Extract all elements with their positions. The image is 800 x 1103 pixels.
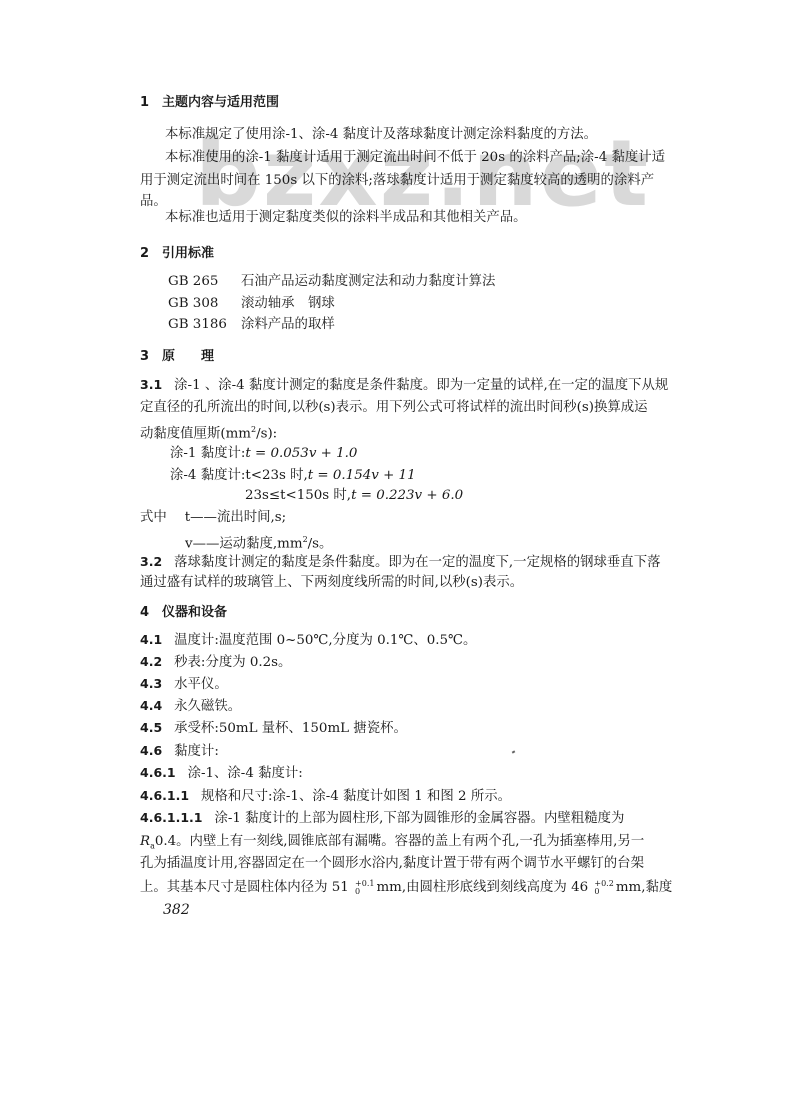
section-2-heading: 2引用标准 <box>140 244 214 264</box>
clause-number: 3.2 <box>140 554 162 569</box>
formula-condition: 23s≤t<150s 时, <box>245 488 351 503</box>
clause-text: 水平仪。 <box>174 677 228 692</box>
section-4-heading: 4仪器和设备 <box>140 603 227 623</box>
text-fragment: mm,黏度 <box>616 880 672 895</box>
variable-definition-v: v——运动黏度,mm2/s。 <box>185 530 332 554</box>
clause-text: 永久磁铁。 <box>174 699 241 714</box>
section-1-heading: 1主题内容与适用范围 <box>140 93 279 113</box>
paragraph-line: 通过盛有试样的玻璃管上、下两刻度线所需的时间,以秒(s)表示。 <box>140 573 523 593</box>
clause-number: 4.2 <box>140 654 162 669</box>
paragraph-line: Ra0.4。内壁上有一刻线,圆锥底部有漏嘴。容器的盖上有两个孔,一孔为插塞棒用,… <box>140 832 644 857</box>
paragraph-line: 定直径的孔所流出的时间,以秒(s)表示。用下列公式可将试样的流出时间秒(s)换算… <box>140 398 648 418</box>
text-fragment: 上。其基本尺寸是圆柱体内径为 51 <box>140 880 349 895</box>
page-number: 382 <box>163 900 190 920</box>
reference-row: GB 265石油产品运动黏度测定法和动力黏度计算法 <box>168 272 495 292</box>
section-title: 原 理 <box>162 349 214 364</box>
clause-item: 4.1温度计:温度范围 0~50℃,分度为 0.1℃、0.5℃。 <box>140 630 476 651</box>
reference-code: GB 265 <box>168 272 241 292</box>
clause-number: 3.1 <box>140 377 162 392</box>
formula-label: 涂-4 黏度计: <box>170 468 245 483</box>
reference-row: GB 308滚动轴承 钢球 <box>168 294 335 314</box>
clause-number: 4.3 <box>140 676 162 691</box>
clause-3-2-line: 3.2落球黏度计测定的黏度是条件黏度。即为在一定的温度下,一定规格的钢球垂直下落 <box>140 552 660 573</box>
clause-text: 涂-1、涂-4 黏度计: <box>188 766 303 781</box>
where-label: 式中 <box>140 510 167 525</box>
clause-number: 4.6.1.1 <box>140 788 189 803</box>
paragraph-line: 上。其基本尺寸是圆柱体内径为 51 +0.10mm,由圆柱形底线到刻线高度为 4… <box>140 878 672 898</box>
section-title: 主题内容与适用范围 <box>162 95 279 110</box>
clause-text: 落球黏度计测定的黏度是条件黏度。即为在一定的温度下,一定规格的钢球垂直下落 <box>174 555 660 570</box>
reference-title: 石油产品运动黏度测定法和动力黏度计算法 <box>241 274 495 289</box>
clause-text: 秒表:分度为 0.2s。 <box>174 655 291 670</box>
tolerance-lower: 0 <box>594 888 613 896</box>
reference-title: 滚动轴承 钢球 <box>241 296 335 311</box>
section-3-heading: 3原 理 <box>140 347 214 367</box>
text-fragment: /s): <box>256 426 277 441</box>
paragraph-line: 用于测定流出时间在 150s 以下的涂料;落球黏度计适用于测定黏度较高的透明的涂… <box>140 171 654 191</box>
paragraph-line: 本标准规定了使用涂-1、涂-4 黏度计及落球黏度计测定涂料黏度的方法。 <box>165 125 597 145</box>
tolerance-lower: 0 <box>355 888 374 896</box>
tolerance: +0.10 <box>355 880 374 896</box>
clause-item: 4.4永久磁铁。 <box>140 696 241 717</box>
clause-text: 规格和尺寸:涂-1、涂-4 黏度计如图 1 和图 2 所示。 <box>201 789 511 804</box>
text-fragment: mm,由圆柱形底线到刻线高度为 46 <box>376 880 588 895</box>
section-title: 仪器和设备 <box>162 605 227 620</box>
section-number: 1 <box>140 93 162 113</box>
text-fragment: v——运动黏度,mm <box>185 536 303 551</box>
paragraph-line: 本标准也适用于测定黏度类似的涂料半成品和其他相关产品。 <box>165 208 527 228</box>
scan-speck <box>512 750 516 753</box>
section-number: 3 <box>140 347 162 367</box>
section-number: 4 <box>140 603 162 623</box>
formula-equation: t = 0.223v + 6.0 <box>351 488 463 503</box>
clause-number: 4.5 <box>140 720 162 735</box>
clause-number: 4.6 <box>140 743 162 758</box>
formula-condition: t<23s 时, <box>245 468 307 483</box>
formula-tu1: 涂-1 黏度计:t = 0.053v + 1.0 <box>170 444 357 464</box>
clause-text: 黏度计: <box>174 744 219 759</box>
paragraph-line: 品。 <box>140 192 167 212</box>
formula-tu4-a: 涂-4 黏度计:t<23s 时,t = 0.154v + 11 <box>170 466 416 486</box>
clause-number: 4.6.1 <box>140 765 176 780</box>
paragraph-line: 本标准使用的涂-1 黏度计适用于测定流出时间不低于 20s 的涂料产品;涂-4 … <box>165 148 665 168</box>
clause-4-6-1-1-1-line: 4.6.1.1.1涂-1 黏度计的上部为圆柱形,下部为圆锥形的金属容器。内壁粗糙… <box>140 808 624 829</box>
clause-3-1-line: 3.1涂-1 、涂-4 黏度计测定的黏度是条件黏度。即为一定量的试样,在一定的温… <box>140 375 668 396</box>
clause-item: 4.3水平仪。 <box>140 674 228 695</box>
clause-number: 4.4 <box>140 698 162 713</box>
tolerance: +0.20 <box>594 880 613 896</box>
roughness-symbol: R <box>140 834 150 849</box>
reference-title: 涂料产品的取样 <box>241 317 335 332</box>
text-fragment: 动黏度值厘斯(mm <box>140 426 251 441</box>
clause-text: 涂-1 黏度计的上部为圆柱形,下部为圆锥形的金属容器。内壁粗糙度为 <box>214 811 624 826</box>
clause-item: 4.2秒表:分度为 0.2s。 <box>140 652 291 673</box>
where-clause: 式中t——流出时间,s; <box>140 508 286 528</box>
clause-item: 4.6.1涂-1、涂-4 黏度计: <box>140 763 303 784</box>
formula-equation: t = 0.053v + 1.0 <box>245 446 357 461</box>
reference-code: GB 3186 <box>168 315 241 335</box>
clause-text: 承受杯:50mL 量杯、150mL 搪瓷杯。 <box>174 721 407 736</box>
text-fragment: /s。 <box>308 536 333 551</box>
document-page: bzxz.net 1主题内容与适用范围 本标准规定了使用涂-1、涂-4 黏度计及… <box>0 0 800 1103</box>
clause-item: 4.5承受杯:50mL 量杯、150mL 搪瓷杯。 <box>140 718 407 739</box>
clause-number: 4.1 <box>140 632 162 647</box>
formula-label: 涂-1 黏度计: <box>170 446 245 461</box>
paragraph-line: 动黏度值厘斯(mm2/s): <box>140 420 277 444</box>
formula-equation: t = 0.154v + 11 <box>308 468 416 483</box>
formula-tu4-b: 23s≤t<150s 时,t = 0.223v + 6.0 <box>245 486 463 506</box>
clause-text: 涂-1 、涂-4 黏度计测定的黏度是条件黏度。即为一定量的试样,在一定的温度下从… <box>174 378 668 393</box>
reference-code: GB 308 <box>168 294 241 314</box>
clause-text: 温度计:温度范围 0~50℃,分度为 0.1℃、0.5℃。 <box>174 633 476 648</box>
variable-definition: t——流出时间,s; <box>185 510 286 525</box>
paragraph-line: 孔为插温度计用,容器固定在一个圆形水浴内,黏度计置于带有两个调节水平螺钉的台架 <box>140 854 644 874</box>
clause-number: 4.6.1.1.1 <box>140 810 202 825</box>
reference-row: GB 3186涂料产品的取样 <box>168 315 335 335</box>
clause-item: 4.6黏度计: <box>140 741 219 762</box>
clause-item: 4.6.1.1规格和尺寸:涂-1、涂-4 黏度计如图 1 和图 2 所示。 <box>140 786 511 807</box>
section-number: 2 <box>140 244 162 264</box>
text-fragment: 0.4。内壁上有一刻线,圆锥底部有漏嘴。容器的盖上有两个孔,一孔为插塞棒用,另一 <box>155 834 644 849</box>
section-title: 引用标准 <box>162 246 214 261</box>
